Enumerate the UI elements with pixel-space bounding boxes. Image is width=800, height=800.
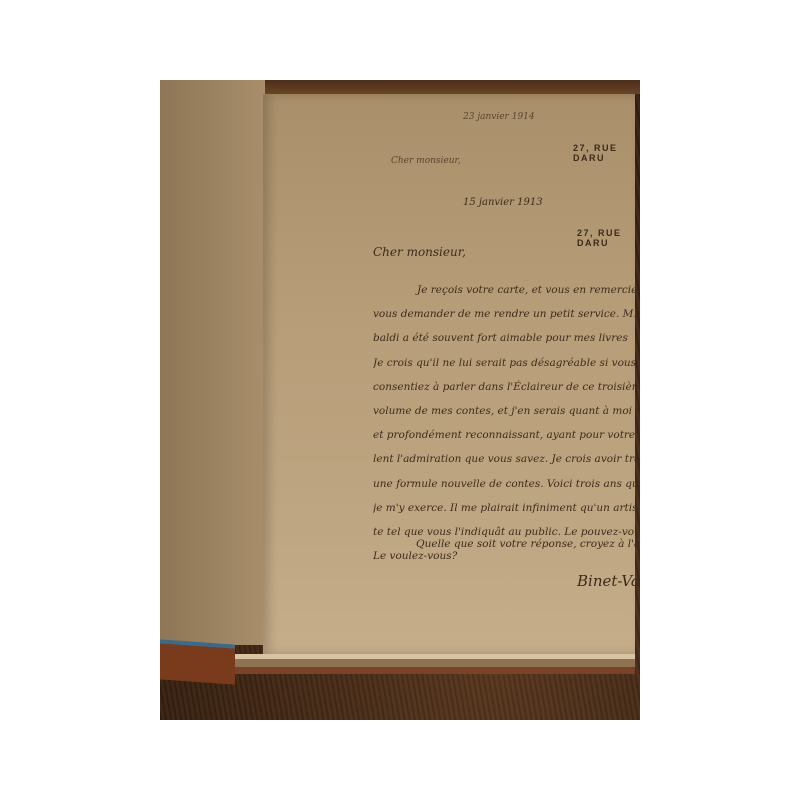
- signature: Binet-Valmer: [577, 572, 640, 590]
- letter-line: vous demander de me rendre un petit serv…: [373, 302, 640, 326]
- letter-date: 15 janvier 1913: [463, 197, 543, 208]
- letter-page: 23 janvier 1914 27, RUE DARU Cher monsie…: [263, 94, 635, 654]
- letter-line: lent l'admiration que vous savez. Je cro…: [373, 447, 640, 471]
- left-page: [160, 80, 265, 645]
- ghost-greeting: Cher monsieur,: [391, 156, 461, 166]
- book-photo: 23 janvier 1914 27, RUE DARU Cher monsie…: [160, 80, 640, 720]
- letter-line: Je crois qu'il ne lui serait pas désagré…: [373, 351, 640, 375]
- book-bottom-edge: [235, 654, 635, 674]
- letter-line: je m'y exerce. Il me plairait infiniment…: [373, 496, 640, 520]
- ghost-date: 23 janvier 1914: [463, 112, 535, 122]
- letterhead-address: 27, RUE DARU: [577, 228, 635, 248]
- ghost-letterhead-address: 27, RUE DARU: [573, 143, 635, 163]
- letter-body: Je reçois votre carte, et vous en remerc…: [387, 278, 640, 568]
- letter-line: baldi a été souvent fort aimable pour me…: [373, 326, 640, 350]
- letter-line: Je reçois votre carte, et vous en remerc…: [387, 278, 640, 302]
- letter-line: une formule nouvelle de contes. Voici tr…: [373, 472, 640, 496]
- letter-line: volume de mes contes, et j'en serais qua…: [373, 399, 640, 423]
- letter-closing: Quelle que soit votre réponse, croyez à …: [416, 538, 640, 550]
- fur-background: [265, 80, 640, 94]
- letter-line: consentiez à parler dans l'Éclaireur de …: [373, 375, 640, 399]
- left-book-edge: [160, 639, 235, 684]
- letter-line: et profondément reconnaissant, ayant pou…: [373, 423, 640, 447]
- letter-greeting: Cher monsieur,: [373, 245, 466, 259]
